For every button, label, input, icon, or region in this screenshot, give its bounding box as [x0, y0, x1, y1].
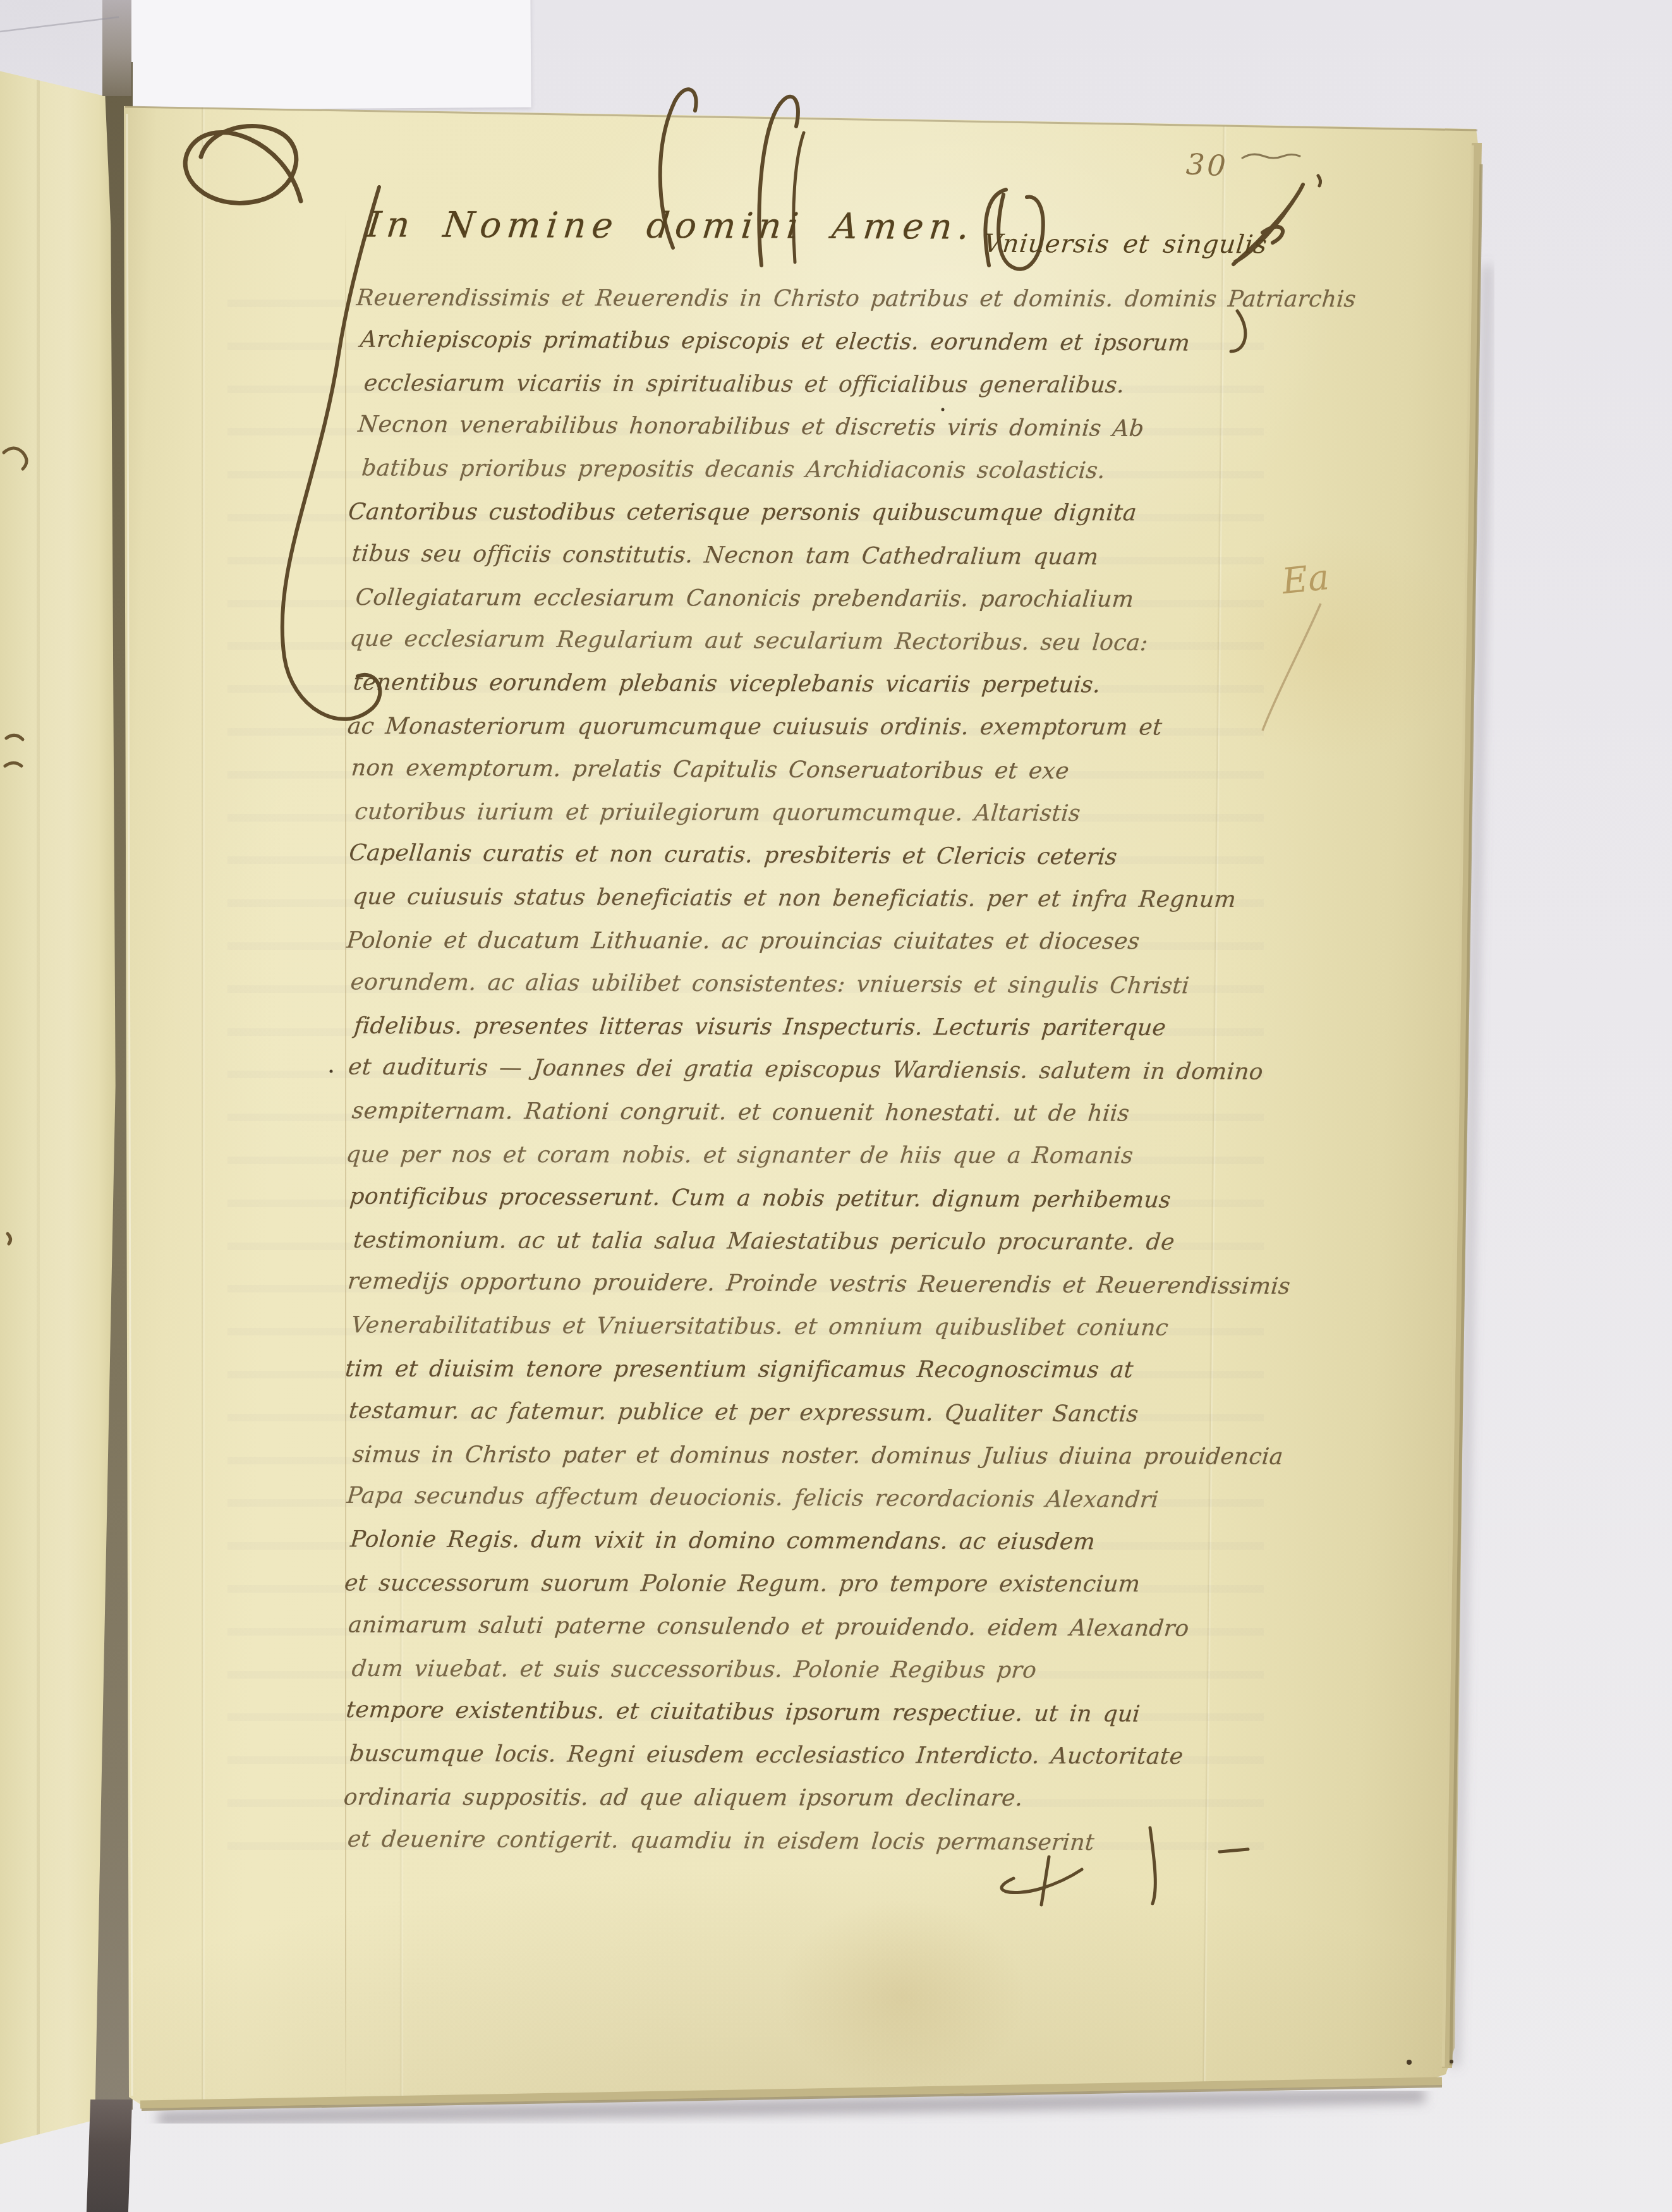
text-line-8: Collegiatarum ecclesiarum Canonicis preb… [354, 581, 1135, 616]
text-line-12: non exemptorum. prelatis Capitulis Conse… [350, 752, 1071, 788]
text-line-26: tim et diuisim tenore presentium signifi… [344, 1353, 1135, 1387]
text-line-31: et successorum suorum Polonie Regum. pro… [343, 1567, 1142, 1601]
text-line-7: tibus seu officiis constitutis. Necnon t… [351, 538, 1100, 574]
text-line-35: buscumque locis. Regni eiusdem ecclesias… [348, 1738, 1185, 1774]
text-line-17: eorundem. ac alias ubilibet consistentes… [349, 966, 1190, 1002]
folio-number: 30 [1185, 147, 1229, 183]
text-line-6: Cantoribus custodibus ceterisque personi… [347, 496, 1138, 530]
text-line-9: que ecclesiarum Regularium aut seculariu… [348, 623, 1149, 660]
text-line-34: tempore existentibus. et ciuitatibus ips… [344, 1694, 1141, 1731]
text-line-4: Necnon venerabilibus honorabilibus et di… [356, 408, 1145, 446]
text-line-10: tenentibus eorundem plebanis viceplebani… [352, 667, 1102, 702]
text-line-16: Polonie et ducatum Lithuanie. ac prouinc… [345, 925, 1141, 959]
text-line-32: animarum saluti paterne consulendo et pr… [347, 1608, 1190, 1645]
text-line-33: dum viuebat. et suis successoribus. Polo… [350, 1653, 1038, 1687]
text-line-1: Reuerendissimis et Reuerendis in Christo… [355, 282, 1357, 316]
text-line-28: simus in Christo pater et dominus noster… [351, 1438, 1285, 1474]
text-line-11: ac Monasteriorum quorumcumque cuiusuis o… [346, 710, 1164, 744]
text-line-14: Capellanis curatis et non curatis. presb… [348, 837, 1118, 874]
text-line-25: Venerabilitatibus et Vniuersitatibus. et… [349, 1310, 1170, 1345]
heading-invocation: In Nomine domini Amen. [365, 204, 977, 247]
text-line-29: Papa secundus affectum deuocionis. felic… [346, 1480, 1160, 1517]
text-line-27: testamur. ac fatemur. publice et per exp… [348, 1394, 1140, 1431]
heading-address: Vniuersis et singulis [982, 229, 1269, 260]
text-line-20: sempiternam. Rationi congruit. et conuen… [351, 1095, 1131, 1131]
text-line-30: Polonie Regis. dum vixit in domino comme… [349, 1524, 1096, 1559]
text-line-24: remedijs opportuno prouidere. Proinde ve… [346, 1265, 1292, 1303]
text-line-18: fidelibus. presentes litteras visuris In… [353, 1010, 1167, 1045]
text-line-15: que cuiusuis status beneficiatis et non … [351, 881, 1238, 917]
text-line-21: que per nos et coram nobis. et signanter… [344, 1139, 1134, 1173]
text-line-23: testimonium. ac ut talia salua Maiestati… [352, 1224, 1176, 1259]
text-line-37: et deuenire contigerit. quamdiu in eisde… [346, 1823, 1096, 1859]
text-line-5: batibus prioribus prepositis decanis Arc… [360, 453, 1106, 488]
text-line-19: et audituris — Joannes dei gratia episco… [347, 1051, 1264, 1089]
marginal-note: Ea [1280, 557, 1331, 602]
manuscript-photograph: In Nomine domini Amen. Vniuersis et sing… [0, 0, 1672, 2212]
manuscript-text-block: In Nomine domini Amen. Vniuersis et sing… [0, 0, 1672, 2212]
text-line-22: pontificibus processerunt. Cum a nobis p… [348, 1180, 1172, 1217]
text-line-2: Archiepiscopis primatibus episcopis et e… [359, 323, 1191, 360]
text-line-13: cutoribus iurium et priuilegiorum quorum… [353, 796, 1082, 830]
text-line-36: ordinaria suppositis. ad que aliquem ips… [342, 1781, 1024, 1814]
text-line-3: ecclesiarum vicariis in spiritualibus et… [363, 367, 1126, 402]
